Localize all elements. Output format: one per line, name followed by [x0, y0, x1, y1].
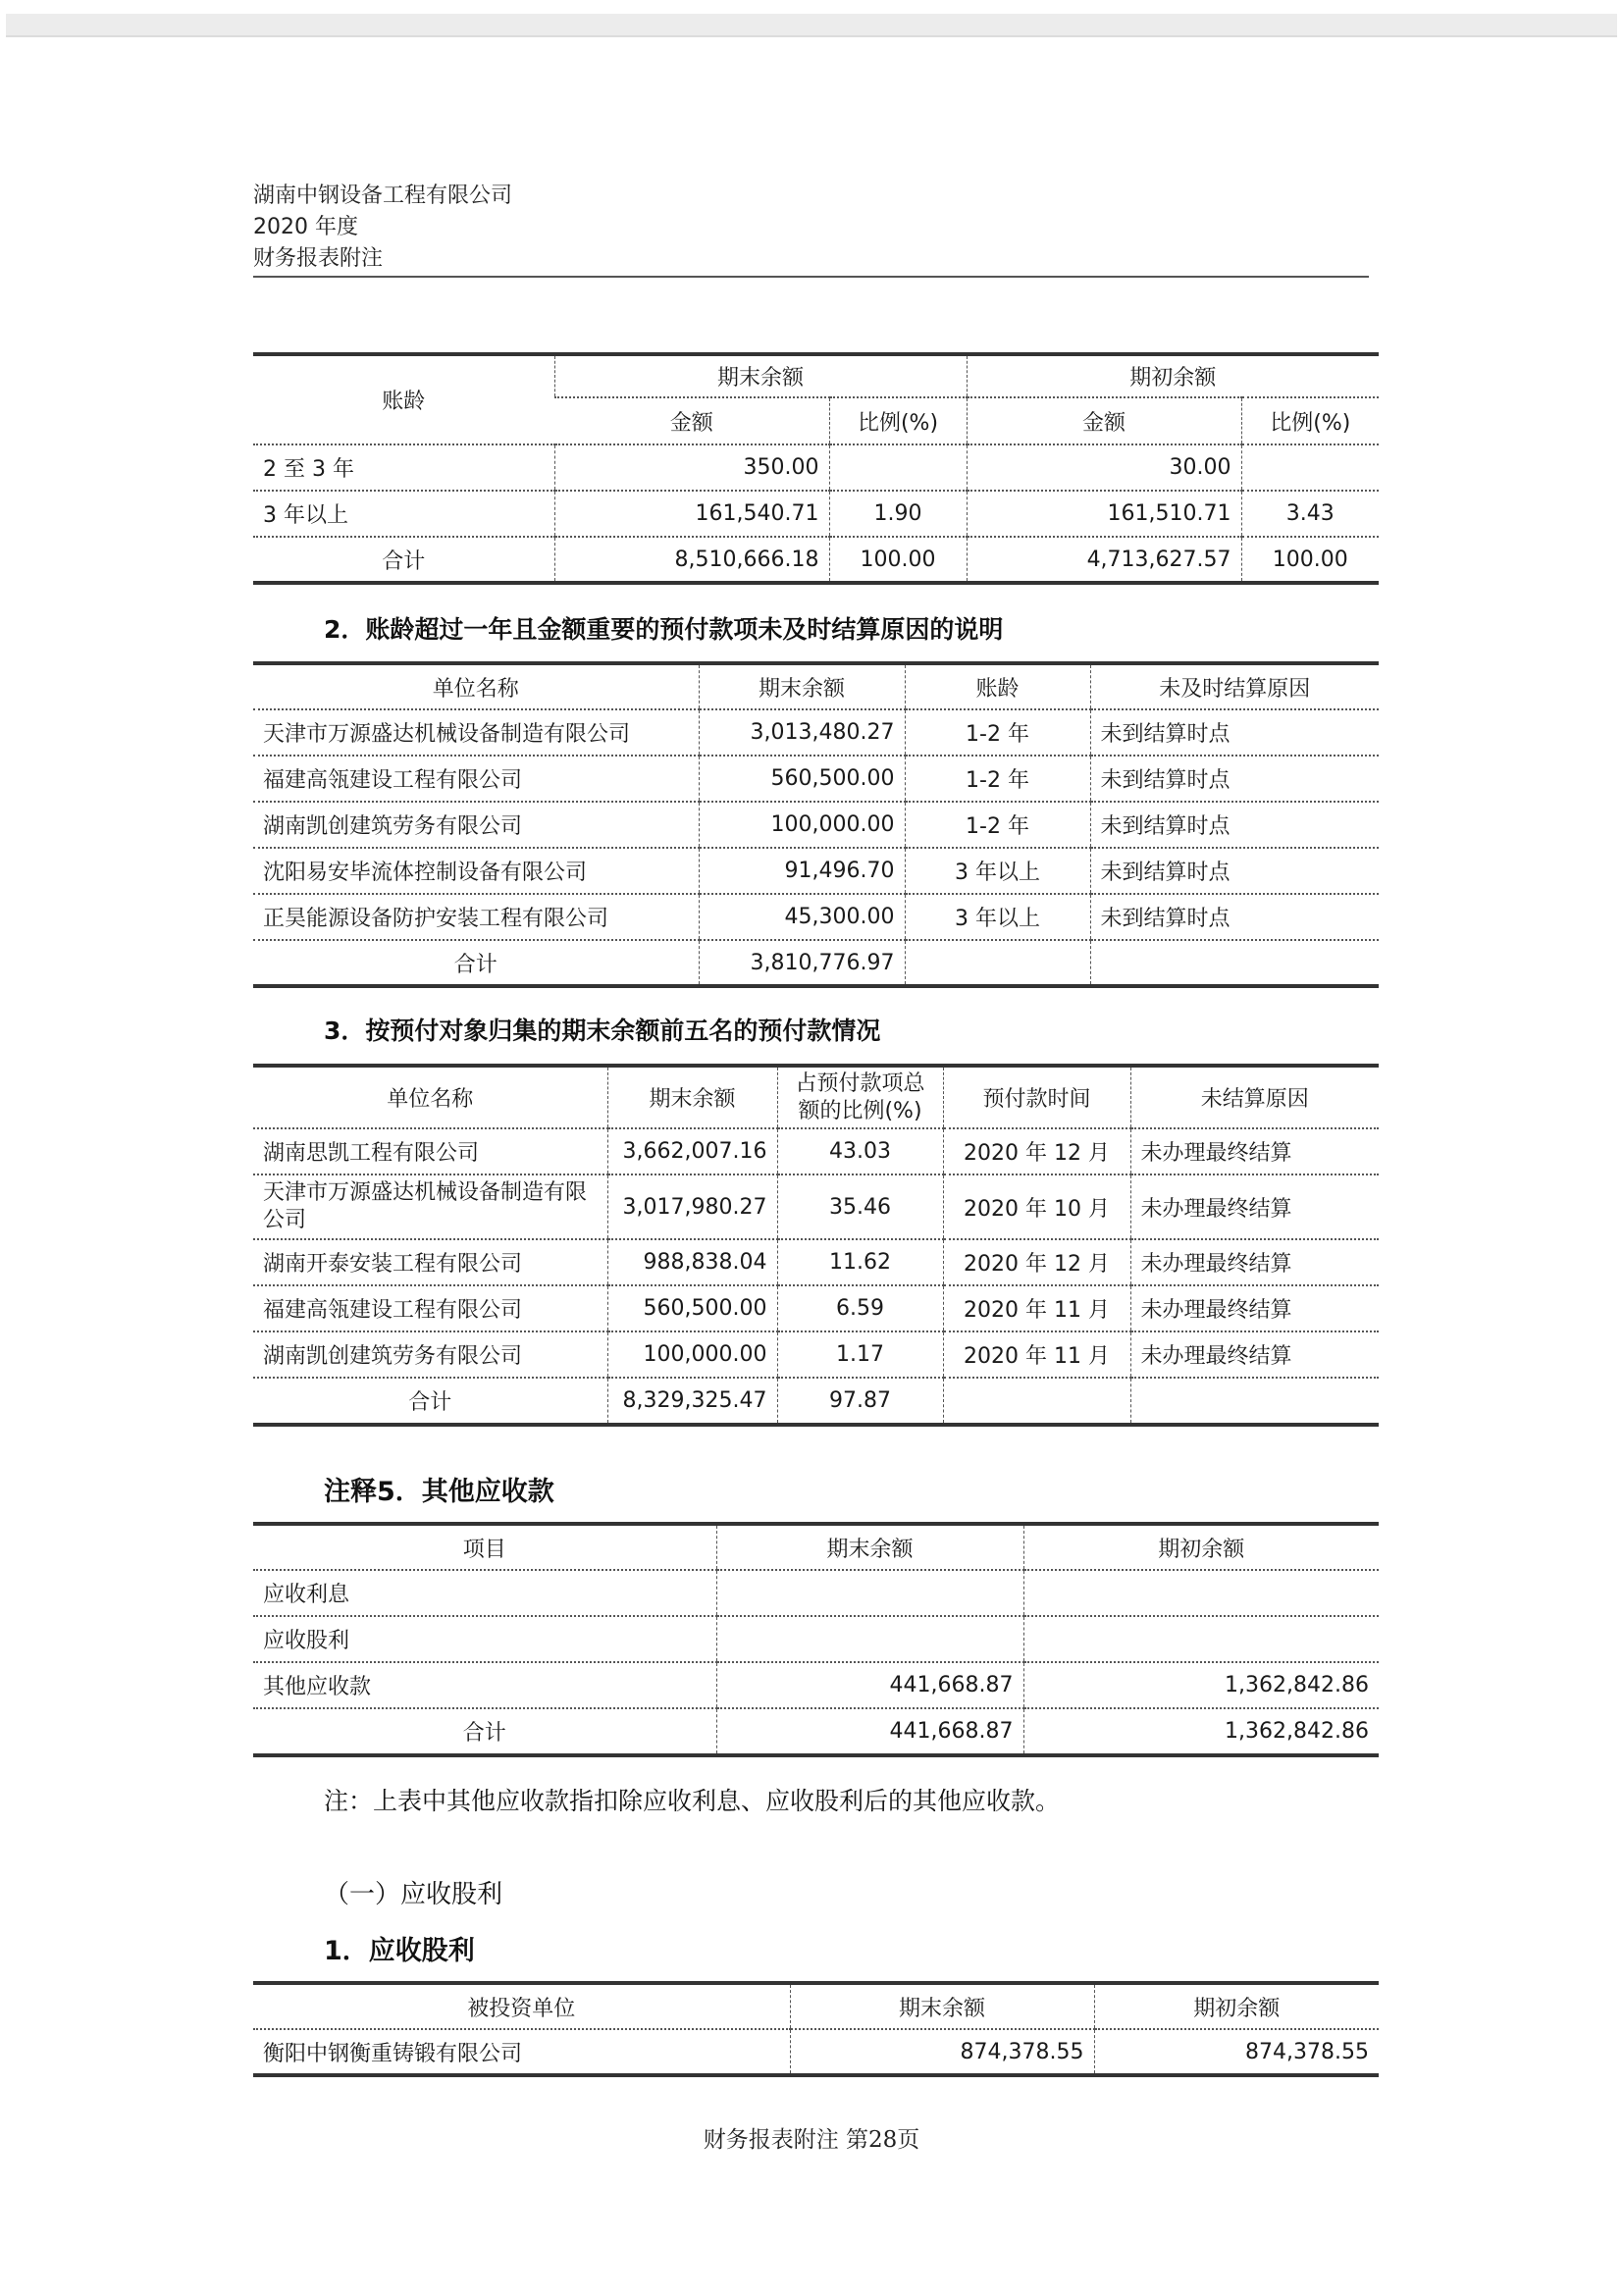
col-header: 期末余额 [716, 1524, 1023, 1570]
company-cell: 正昊能源设备防护安装工程有限公司 [253, 894, 699, 940]
total-label: 合计 [253, 1708, 716, 1755]
scan-edge-band [6, 14, 1617, 37]
col-header: 单位名称 [253, 1066, 607, 1128]
total-label: 合计 [253, 940, 699, 986]
total-row: 合计 8,329,325.47 97.87 [253, 1378, 1379, 1425]
col-header: 占预付款项总额的比例(%) [777, 1066, 943, 1128]
company-cell: 沈阳易安毕流体控制设备有限公司 [253, 848, 699, 894]
amount-cell: 560,500.00 [607, 1285, 777, 1331]
table-row: 湖南开泰安装工程有限公司 988,838.04 11.62 2020 年 12 … [253, 1239, 1379, 1285]
company-cell: 湖南凯创建筑劳务有限公司 [253, 1331, 607, 1378]
reason-cell: 未到结算时点 [1090, 756, 1379, 802]
table-row: 3 年以上 161,540.71 1.90 161,510.71 3.43 [253, 491, 1379, 537]
col-header: 期初余额 [1023, 1524, 1379, 1570]
amount-cell: 3,662,007.16 [607, 1128, 777, 1174]
col-header: 期末余额 [699, 663, 905, 709]
note-5-title: 注释5．其他应收款 [324, 1470, 554, 1508]
col-header: 未及时结算原因 [1090, 663, 1379, 709]
time-cell: 2020 年 10 月 [943, 1174, 1130, 1239]
total-label: 合计 [253, 537, 554, 583]
amount-cell: 350.00 [554, 444, 829, 491]
dividends-section-title: （一）应收股利 [324, 1874, 502, 1910]
table-row: 应收股利 [253, 1616, 1379, 1662]
ratio-cell [1241, 444, 1379, 491]
sub-amount-header: 金额 [967, 397, 1241, 444]
col-header: 期初余额 [1094, 1983, 1379, 2029]
top-five-prepayment-table: 单位名称 期末余额 占预付款项总额的比例(%) 预付款时间 未结算原因 湖南思凯… [253, 1064, 1379, 1427]
col-header: 期末余额 [607, 1066, 777, 1128]
col-header: 未结算原因 [1130, 1066, 1379, 1128]
section-3-title: 3．按预付对象归集的期末余额前五名的预付款情况 [324, 1012, 880, 1047]
amount-cell: 161,510.71 [967, 491, 1241, 537]
amount-cell: 441,668.87 [716, 1708, 1023, 1755]
aging-cell: 2 至 3 年 [253, 444, 554, 491]
empty-cell [1090, 940, 1379, 986]
aging-table: 账龄 期末余额 期初余额 金额 比例(%) 金额 比例(%) 2 至 3 年 3… [253, 352, 1379, 585]
table-row: 湖南凯创建筑劳务有限公司 100,000.00 1.17 2020 年 11 月… [253, 1331, 1379, 1378]
col-header: 期末余额 [790, 1983, 1094, 2029]
sub-ratio-header: 比例(%) [829, 397, 967, 444]
report-year: 2020 年度 [253, 212, 358, 243]
table-row: 沈阳易安毕流体控制设备有限公司 91,496.70 3 年以上 未到结算时点 [253, 848, 1379, 894]
col-begin-balance-header: 期初余额 [967, 354, 1379, 397]
amount-cell: 3,013,480.27 [699, 709, 905, 756]
table-row: 天津市万源盛达机械设备制造有限公司 3,017,980.27 35.46 202… [253, 1174, 1379, 1239]
reason-cell: 未办理最终结算 [1130, 1128, 1379, 1174]
amount-cell [716, 1616, 1023, 1662]
dividends-sub-title: 1．应收股利 [324, 1929, 475, 1967]
col-aging-header: 账龄 [253, 354, 554, 444]
time-cell: 2020 年 11 月 [943, 1285, 1130, 1331]
company-cell: 福建高瓴建设工程有限公司 [253, 1285, 607, 1331]
col-header: 被投资单位 [253, 1983, 790, 2029]
amount-cell: 3,017,980.27 [607, 1174, 777, 1239]
company-name: 湖南中钢设备工程有限公司 [253, 181, 512, 212]
amount-cell: 560,500.00 [699, 756, 905, 802]
company-cell: 天津市万源盛达机械设备制造有限公司 [253, 1174, 607, 1239]
col-header: 账龄 [905, 663, 1090, 709]
table-row: 正昊能源设备防护安装工程有限公司 45,300.00 3 年以上 未到结算时点 [253, 894, 1379, 940]
ratio-cell: 100.00 [829, 537, 967, 583]
ratio-cell: 1.90 [829, 491, 967, 537]
amount-cell: 8,329,325.47 [607, 1378, 777, 1425]
ratio-cell: 3.43 [1241, 491, 1379, 537]
ratio-cell: 100.00 [1241, 537, 1379, 583]
amount-cell: 91,496.70 [699, 848, 905, 894]
aging-cell: 1-2 年 [905, 709, 1090, 756]
item-cell: 应收利息 [253, 1570, 716, 1616]
table-row: 湖南凯创建筑劳务有限公司 100,000.00 1-2 年 未到结算时点 [253, 802, 1379, 848]
overdue-prepayment-table: 单位名称 期末余额 账龄 未及时结算原因 天津市万源盛达机械设备制造有限公司 3… [253, 661, 1379, 988]
company-cell: 湖南凯创建筑劳务有限公司 [253, 802, 699, 848]
item-cell: 其他应收款 [253, 1662, 716, 1708]
total-row: 合计 8,510,666.18 100.00 4,713,627.57 100.… [253, 537, 1379, 583]
page-footer: 财务报表附注 第28页 [0, 2121, 1623, 2154]
amount-cell: 4,713,627.57 [967, 537, 1241, 583]
item-cell: 应收股利 [253, 1616, 716, 1662]
amount-cell: 30.00 [967, 444, 1241, 491]
ratio-cell [829, 444, 967, 491]
amount-cell: 3,810,776.97 [699, 940, 905, 986]
table-row: 福建高瓴建设工程有限公司 560,500.00 6.59 2020 年 11 月… [253, 1285, 1379, 1331]
ratio-cell: 43.03 [777, 1128, 943, 1174]
col-header: 预付款时间 [943, 1066, 1130, 1128]
amount-cell: 441,668.87 [716, 1662, 1023, 1708]
aging-cell: 1-2 年 [905, 756, 1090, 802]
amount-cell [1023, 1616, 1379, 1662]
reason-cell: 未办理最终结算 [1130, 1239, 1379, 1285]
ratio-cell: 97.87 [777, 1378, 943, 1425]
amount-cell: 1,362,842.86 [1023, 1708, 1379, 1755]
amount-cell: 988,838.04 [607, 1239, 777, 1285]
company-cell: 福建高瓴建设工程有限公司 [253, 756, 699, 802]
amount-cell [716, 1570, 1023, 1616]
reason-cell: 未办理最终结算 [1130, 1331, 1379, 1378]
other-receivables-table: 项目 期末余额 期初余额 应收利息 应收股利 其他应收款 441,668.87 … [253, 1522, 1379, 1757]
amount-cell: 161,540.71 [554, 491, 829, 537]
col-end-balance-header: 期末余额 [554, 354, 967, 397]
amount-cell: 8,510,666.18 [554, 537, 829, 583]
table-row: 其他应收款 441,668.87 1,362,842.86 [253, 1662, 1379, 1708]
company-cell: 湖南思凯工程有限公司 [253, 1128, 607, 1174]
col-header: 项目 [253, 1524, 716, 1570]
empty-cell [1130, 1378, 1379, 1425]
reason-cell: 未到结算时点 [1090, 848, 1379, 894]
ratio-cell: 1.17 [777, 1331, 943, 1378]
amount-cell [1023, 1570, 1379, 1616]
table-row: 福建高瓴建设工程有限公司 560,500.00 1-2 年 未到结算时点 [253, 756, 1379, 802]
investee-cell: 衡阳中钢衡重铸锻有限公司 [253, 2029, 790, 2075]
table-row: 湖南思凯工程有限公司 3,662,007.16 43.03 2020 年 12 … [253, 1128, 1379, 1174]
table-row: 应收利息 [253, 1570, 1379, 1616]
company-cell: 天津市万源盛达机械设备制造有限公司 [253, 709, 699, 756]
ratio-cell: 11.62 [777, 1239, 943, 1285]
reason-cell: 未到结算时点 [1090, 802, 1379, 848]
reason-cell: 未办理最终结算 [1130, 1285, 1379, 1331]
aging-cell: 3 年以上 [905, 848, 1090, 894]
section-2-title: 2．账龄超过一年且金额重要的预付款项未及时结算原因的说明 [324, 610, 1003, 646]
aging-cell: 3 年以上 [905, 894, 1090, 940]
amount-cell: 874,378.55 [790, 2029, 1094, 2075]
table-row: 天津市万源盛达机械设备制造有限公司 3,013,480.27 1-2 年 未到结… [253, 709, 1379, 756]
sub-amount-header: 金额 [554, 397, 829, 444]
amount-cell: 874,378.55 [1094, 2029, 1379, 2075]
total-row: 合计 441,668.87 1,362,842.86 [253, 1708, 1379, 1755]
note-5-remark: 注：上表中其他应收款指扣除应收利息、应收股利后的其他应收款。 [324, 1782, 1060, 1817]
time-cell: 2020 年 12 月 [943, 1239, 1130, 1285]
header-rule [253, 276, 1369, 278]
time-cell: 2020 年 11 月 [943, 1331, 1130, 1378]
sub-ratio-header: 比例(%) [1241, 397, 1379, 444]
reason-cell: 未办理最终结算 [1130, 1174, 1379, 1239]
amount-cell: 100,000.00 [607, 1331, 777, 1378]
document-title: 财务报表附注 [253, 243, 383, 275]
table-row: 2 至 3 年 350.00 30.00 [253, 444, 1379, 491]
time-cell: 2020 年 12 月 [943, 1128, 1130, 1174]
total-label: 合计 [253, 1378, 607, 1425]
ratio-cell: 6.59 [777, 1285, 943, 1331]
aging-cell: 1-2 年 [905, 802, 1090, 848]
table-row: 衡阳中钢衡重铸锻有限公司 874,378.55 874,378.55 [253, 2029, 1379, 2075]
amount-cell: 45,300.00 [699, 894, 905, 940]
dividends-receivable-table: 被投资单位 期末余额 期初余额 衡阳中钢衡重铸锻有限公司 874,378.55 … [253, 1981, 1379, 2077]
amount-cell: 1,362,842.86 [1023, 1662, 1379, 1708]
aging-cell: 3 年以上 [253, 491, 554, 537]
reason-cell: 未到结算时点 [1090, 894, 1379, 940]
amount-cell: 100,000.00 [699, 802, 905, 848]
empty-cell [943, 1378, 1130, 1425]
empty-cell [905, 940, 1090, 986]
company-cell: 湖南开泰安装工程有限公司 [253, 1239, 607, 1285]
ratio-cell: 35.46 [777, 1174, 943, 1239]
col-header: 单位名称 [253, 663, 699, 709]
total-row: 合计 3,810,776.97 [253, 940, 1379, 986]
reason-cell: 未到结算时点 [1090, 709, 1379, 756]
